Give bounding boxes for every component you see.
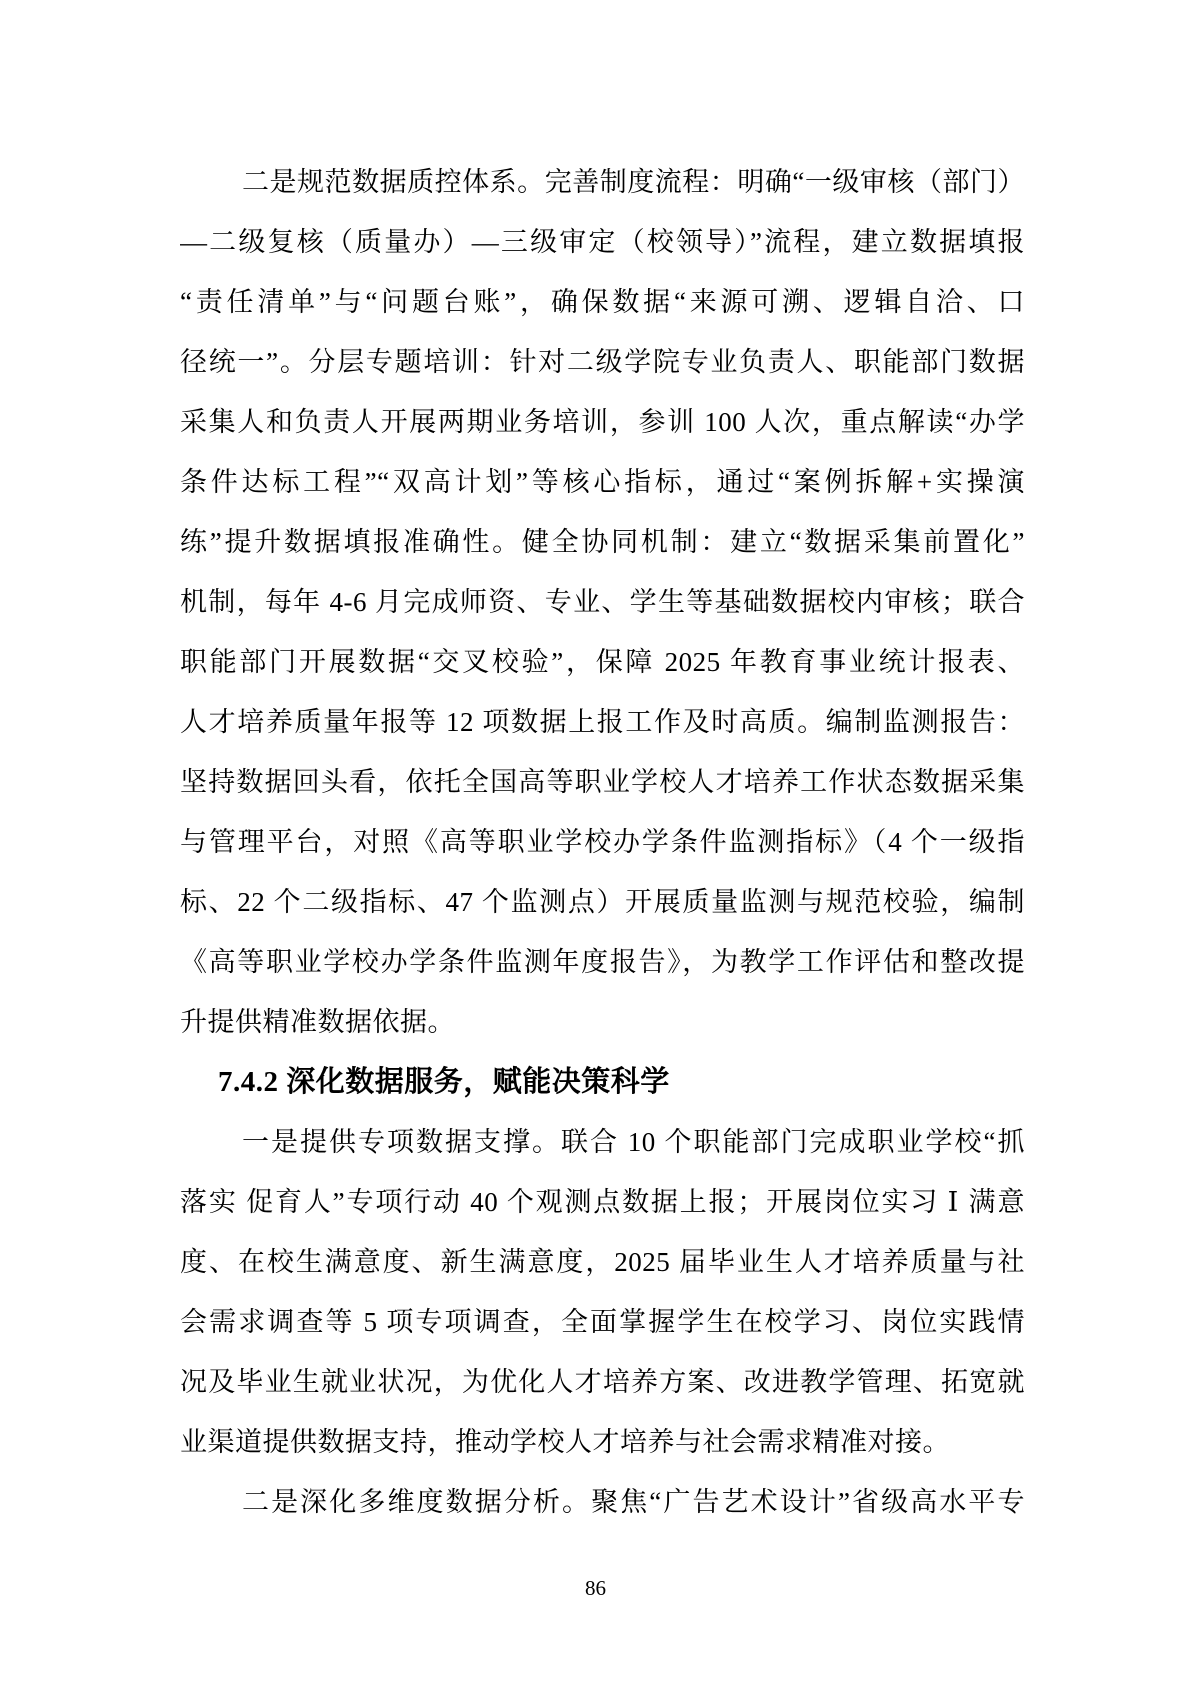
document-body: 二是规范数据质控体系。完善制度流程：明确“一级审核（部门）—二级复核（质量办）—… [180,152,1025,1532]
paragraph: 二是规范数据质控体系。完善制度流程：明确“一级审核（部门）—二级复核（质量办）—… [180,152,1025,1052]
text-line: —二级复核（质量办）—三级审定（校领导）”流程，建立数据填报 [180,212,1025,272]
text-line: 机制，每年 4-6 月完成师资、专业、学生等基础数据校内审核；联合 [180,572,1025,632]
text-line: 人才培养质量年报等 12 项数据上报工作及时高质。编制监测报告： [180,692,1025,752]
text-line: 与管理平台，对照《高等职业学校办学条件监测指标》（4 个一级指 [180,812,1025,872]
text-line: 一是提供专项数据支撑。联合 10 个职能部门完成职业学校“抓 [180,1112,1025,1172]
text-line: 条件达标工程”“双高计划”等核心指标，通过“案例拆解+实操演 [180,452,1025,512]
text-line: 落实 促育人”专项行动 40 个观测点数据上报；开展岗位实习 Ⅰ 满意 [180,1172,1025,1232]
text-line: 标、22 个二级指标、47 个监测点）开展质量监测与规范校验，编制 [180,872,1025,932]
text-line: 业渠道提供数据支持，推动学校人才培养与社会需求精准对接。 [180,1412,1025,1472]
paragraph: 二是深化多维度数据分析。聚焦“广告艺术设计”省级高水平专 [180,1472,1025,1532]
text-line: 径统一”。分层专题培训：针对二级学院专业负责人、职能部门数据 [180,332,1025,392]
text-line: 二是深化多维度数据分析。聚焦“广告艺术设计”省级高水平专 [180,1472,1025,1532]
text-line: 况及毕业生就业状况，为优化人才培养方案、改进教学管理、拓宽就 [180,1352,1025,1412]
text-line: 采集人和负责人开展两期业务培训，参训 100 人次，重点解读“办学 [180,392,1025,452]
text-line: 二是规范数据质控体系。完善制度流程：明确“一级审核（部门） [180,152,1025,212]
text-line: 练”提升数据填报准确性。健全协同机制：建立“数据采集前置化” [180,512,1025,572]
section-heading: 7.4.2 深化数据服务，赋能决策科学 [180,1052,1025,1112]
page-number: 86 [0,1568,1191,1608]
document-page: 二是规范数据质控体系。完善制度流程：明确“一级审核（部门）—二级复核（质量办）—… [0,0,1191,1684]
paragraph: 一是提供专项数据支撑。联合 10 个职能部门完成职业学校“抓落实 促育人”专项行… [180,1112,1025,1472]
text-line: 职能部门开展数据“交叉校验”，保障 2025 年教育事业统计报表、 [180,632,1025,692]
text-line: “责任清单”与“问题台账”，确保数据“来源可溯、逻辑自洽、口 [180,272,1025,332]
text-line: 《高等职业学校办学条件监测年度报告》，为教学工作评估和整改提 [180,932,1025,992]
text-line: 坚持数据回头看，依托全国高等职业学校人才培养工作状态数据采集 [180,752,1025,812]
text-line: 度、在校生满意度、新生满意度，2025 届毕业生人才培养质量与社 [180,1232,1025,1292]
text-line: 升提供精准数据依据。 [180,992,1025,1052]
text-line: 会需求调查等 5 项专项调查，全面掌握学生在校学习、岗位实践情 [180,1292,1025,1352]
